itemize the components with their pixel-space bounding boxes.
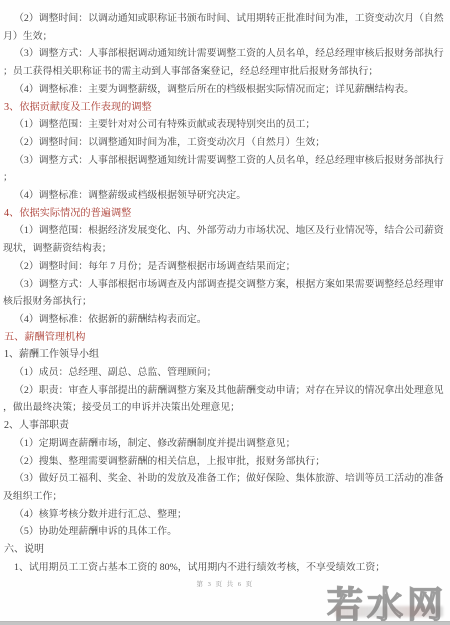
paragraph: （3）做好员工福利、奖金、补助的发放及准备工作；做好保险、集体旅游、培训等员工活… xyxy=(3,470,445,505)
document-body: （2）调整时间：以调动通知或职称证书颁布时间、试用期转正批准时间为准，工资变动次… xyxy=(0,0,450,577)
paragraph: （1）调整范围：根据经济发展变化、内、外部劳动力市场状况、地区及行业情况等，结合… xyxy=(3,222,445,257)
section-heading: 1、薪酬工作领导小组 xyxy=(3,346,445,364)
paragraph: （2）调整时间：以调整通知时间为准，工资变动次月（自然月）生效； xyxy=(3,134,445,152)
paragraph: （2）调整时间：以调动通知或职称证书颁布时间、试用期转正批准时间为准，工资变动次… xyxy=(3,10,445,45)
watermark-char-1: 若 xyxy=(327,584,367,625)
section-heading: 4、依据实际情况的普遍调整 xyxy=(3,205,445,223)
paragraph: （5）协助处理薪酬申诉的具体工作。 xyxy=(3,523,445,541)
paragraph: （3）调整方式：人事部根据市场调查及内部调查提交调整方案，根据方案如果需要调整经… xyxy=(3,276,445,311)
paragraph: （3）调整方式：人事部根据调动通知统计需要调整工资的人员名单，经总经理审核后报财… xyxy=(3,45,445,80)
paragraph: （1）调整范围：主要针对对公司有特殊贡献或表现特别突出的员工； xyxy=(3,116,445,134)
paragraph: （3）调整方式：人事部根据调整通知统计需要调整工资的人员名单，经总经理审核后报财… xyxy=(3,152,445,187)
watermark-char-2: 水 xyxy=(367,584,407,625)
paragraph: （2）搜集、整理需要调整薪酬的相关信息，上报审批，报财务部执行； xyxy=(3,453,445,471)
paragraph: （4）调整标准：依据新的薪酬结构表而定。 xyxy=(3,311,445,329)
watermark-char-3: 网 xyxy=(407,584,447,625)
watermark-logo: 若水网 xyxy=(327,587,447,623)
section-heading: 3、依据贡献度及工作表现的调整 xyxy=(3,99,445,117)
watermark-small-text-blur xyxy=(335,606,443,617)
paragraph: （4）调整标准：主要为调整薪级，调整后所在的档级根据实际情况而定；详见薪酬结构表… xyxy=(3,81,445,99)
page-number: 第 3 页 共 6 页 xyxy=(0,579,450,588)
paragraph: （1）定期调查薪酬市场，制定、修改薪酬制度并提出调整意见； xyxy=(3,435,445,453)
paragraph: （4）核算考核分数并进行汇总、整理； xyxy=(3,506,445,524)
paragraph: （2）调整时间：每年 7 月份；是否调整根据市场调查结果而定； xyxy=(3,258,445,276)
page-bottom-edge xyxy=(0,621,450,625)
document-page: （2）调整时间：以调动通知或职称证书颁布时间、试用期转正批准时间为准，工资变动次… xyxy=(0,0,450,625)
paragraph: （4）调整标准：调整薪级或档级根据领导研究决定。 xyxy=(3,187,445,205)
section-heading: 五、薪酬管理机构 xyxy=(3,329,445,347)
paragraph: （1）成员：总经理、副总、总监、管理顾问； xyxy=(3,364,445,382)
section-heading: 六、说明 xyxy=(3,541,445,559)
paragraph: （2）职责：审查人事部提出的薪酬调整方案及其他薪酬变动申请；对存在异议的情况拿出… xyxy=(3,382,445,417)
section-heading: 2、人事部职责 xyxy=(3,417,445,435)
paragraph: 1、试用期员工工资占基本工资的 80%，试用期内不进行绩效考核，不享受绩效工资； xyxy=(3,559,445,577)
